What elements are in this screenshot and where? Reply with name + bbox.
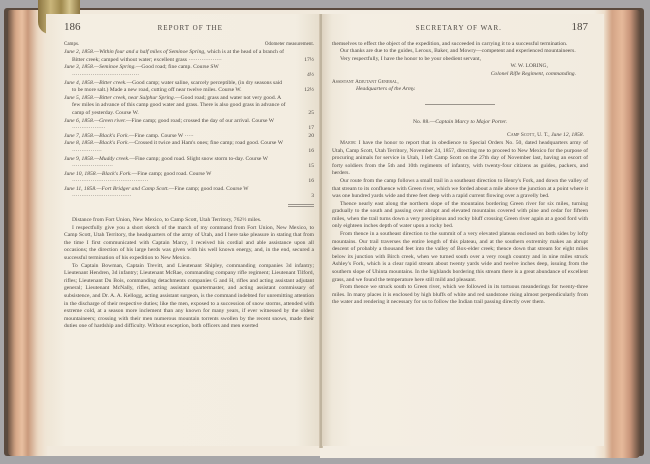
salutation: Major:: [340, 140, 357, 146]
total-rule-2: [288, 206, 314, 207]
entry-place: Black's Fork.: [99, 140, 129, 146]
entry-text: June 6, 1858.—Green river.—Fine camp; go…: [64, 118, 286, 133]
entry-place: Bitter creek.: [99, 80, 126, 86]
table-row: June 3, 1858.—Seminoe Spring.—Good road;…: [64, 64, 314, 79]
paragraph: From thence we struck south to Green riv…: [332, 284, 588, 307]
document-heading: No. 88.—Captain Marcy to Major Porter.: [332, 119, 588, 127]
dateline-date: June 12, 1858.: [551, 132, 584, 138]
paragraph: I respectfully give you a short sketch o…: [64, 225, 314, 263]
entry-date: June 11, 1858.—: [64, 186, 102, 192]
right-page: SECRETARY OF WAR. 187 themselves to effe…: [322, 14, 604, 446]
entry-place: Muddy creek.: [99, 156, 129, 162]
entry-date: June 2, 1858.—: [64, 49, 99, 55]
entry-text: June 9, 1858.—Muddy creek.—Fine camp; go…: [64, 156, 286, 171]
entry-place: Black's Fork.: [102, 171, 132, 177]
paragraph: themselves to effect the object of the e…: [332, 41, 588, 49]
table-row: June 5, 1858.—Bitter creek, near Sulphur…: [64, 95, 314, 118]
entry-text: June 11, 1858.—Fort Bridger and Camp Sco…: [64, 186, 286, 201]
paragraph: Distance from Fort Union, New Mexico, to…: [64, 217, 314, 225]
entry-text: June 8, 1858.—Black's Fork.—Crossed it t…: [64, 140, 286, 155]
running-title-left: REPORT OF THE: [158, 25, 223, 33]
entry-date: June 7, 1858.—: [64, 133, 99, 139]
left-running-head: 186 REPORT OF THE: [64, 24, 314, 33]
closing-line: Very respectfully, I have the honor to b…: [332, 56, 588, 64]
entry-date: June 5, 1858.—: [64, 95, 99, 101]
table-header: Camps. Odometer measurement.: [64, 41, 314, 49]
entry-text: June 5, 1858.—Bitter creek, near Sulphur…: [64, 95, 286, 118]
table-row: June 9, 1858.—Muddy creek.—Fine camp; go…: [64, 156, 314, 171]
entry-date: June 9, 1858.—: [64, 156, 99, 162]
running-title-right: SECRETARY OF WAR.: [416, 25, 502, 33]
entry-miles: 25: [294, 110, 314, 118]
entry-place: Within four and a half miles of Seminoe …: [99, 49, 205, 55]
paragraph: Major: I have the honor to report that i…: [332, 140, 588, 178]
entry-place: Fort Bridger and Camp Scott.: [102, 186, 169, 192]
entry-place: Green river.: [99, 118, 126, 124]
entry-date: June 4, 1858.—: [64, 80, 99, 86]
entry-miles: 4½: [294, 72, 314, 80]
paragraph: To Captain Bowman, Captain Trevitt, and …: [64, 263, 314, 331]
document-number: No. 88.—: [413, 119, 435, 125]
table-row: June 4, 1858.—Bitter creek.—Good camp; w…: [64, 80, 314, 95]
table-row: June 11, 1858.—Fort Bridger and Camp Sco…: [64, 186, 314, 201]
signature-title: Colonel Rifle Regiment, commanding.: [332, 71, 588, 79]
entry-text: June 3, 1858.—Seminoe Spring.—Good road;…: [64, 64, 286, 79]
page-number-right: 187: [571, 24, 588, 32]
page-number-left: 186: [64, 24, 81, 32]
entry-date: June 10, 1858.—: [64, 171, 102, 177]
dateline-place: Camp Scott, U. T.,: [507, 132, 550, 138]
table-row: June 2, 1858.—Within four and a half mil…: [64, 49, 314, 64]
entry-miles: 16: [294, 148, 314, 156]
signature: W. W. LORING,: [332, 63, 588, 71]
col-odometer: Odometer measurement.: [265, 41, 314, 49]
table-row: June 6, 1858.—Green river.—Fine camp; go…: [64, 118, 314, 133]
entry-date: June 6, 1858.—: [64, 118, 99, 124]
entry-miles: 12½: [294, 87, 314, 95]
paragraph: From thence in a southeast direction to …: [332, 231, 588, 284]
entry-miles: 16: [294, 178, 314, 186]
paragraph: Our thanks are due to the guides, Leroux…: [332, 48, 588, 56]
table-row: June 8, 1858.—Black's Fork.—Crossed it t…: [64, 140, 314, 155]
entry-text: June 2, 1858.—Within four and a half mil…: [64, 49, 286, 64]
paragraph: Our route from the camp follows a small …: [332, 178, 588, 201]
entry-place: Seminoe Spring.: [99, 64, 136, 70]
left-page: 186 REPORT OF THE Camps. Odometer measur…: [46, 14, 322, 446]
odometer-table: June 2, 1858.—Within four and a half mil…: [64, 49, 314, 201]
dateline: Camp Scott, U. T., June 12, 1858.: [332, 132, 588, 140]
paragraph: Thence nearly east along the northern sl…: [332, 201, 588, 231]
entry-miles: 3: [294, 193, 314, 201]
entry-place: Black's Fork.: [99, 133, 129, 139]
section-divider: [425, 104, 495, 105]
entry-miles: 17½: [294, 57, 314, 65]
entry-date: June 8, 1858.—: [64, 140, 99, 146]
col-camps: Camps.: [64, 41, 79, 49]
entry-date: June 3, 1858.—: [64, 64, 99, 70]
entry-text: June 10, 1858.—Black's Fork.—Fine camp; …: [64, 171, 286, 186]
document-title: Captain Marcy to Major Porter.: [435, 119, 507, 125]
entry-miles: 15: [294, 163, 314, 171]
entry-miles: 17: [294, 125, 314, 133]
entry-place: Bitter creek, near Sulphur Spring.: [99, 95, 175, 101]
paragraph-text: I have the honor to report that in obedi…: [332, 140, 588, 176]
entry-miles: 20: [294, 133, 314, 141]
entry-description: —Fine camp. Course W ·····: [129, 133, 194, 139]
right-running-head: SECRETARY OF WAR. 187: [332, 24, 588, 33]
total-rule: [288, 204, 314, 205]
addressee-location: Headquarters of the Army.: [332, 86, 588, 94]
entry-text: June 4, 1858.—Bitter creek.—Good camp; w…: [64, 80, 286, 95]
table-row: June 10, 1858.—Black's Fork.—Fine camp; …: [64, 171, 314, 186]
